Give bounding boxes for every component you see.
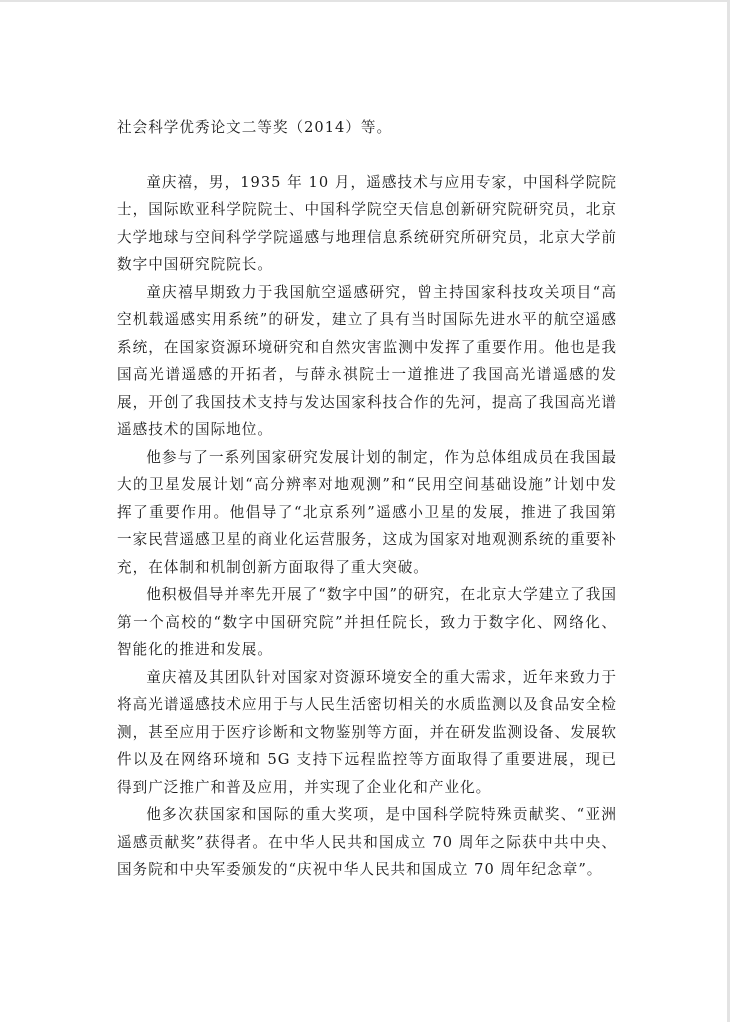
continuation-text: 社会科学优秀论文二等奖（2014）等。 — [117, 114, 617, 142]
page-body: 社会科学优秀论文二等奖（2014）等。 童庆禧，男，1935 年 10 月，遥感… — [117, 114, 617, 884]
paragraph-digital-china: 他积极倡导并率先开展了“数字中国”的研究，在北京大学建立了我国第一个高校的“数字… — [117, 581, 617, 664]
paragraph-awards: 他多次获国家和国际的重大奖项，是中国科学院特殊贡献奖、“亚洲遥感贡献奖”获得者。… — [117, 801, 617, 884]
paragraph-aerial-remote-sensing: 童庆禧早期致力于我国航空遥感研究，曾主持国家科技攻关项目“高空机载遥感实用系统”… — [117, 279, 617, 444]
paragraph-hyperspectral-applications: 童庆禧及其团队针对国家对资源环境安全的重大需求，近年来致力于将高光谱遥感技术应用… — [117, 664, 617, 802]
document-page: 社会科学优秀论文二等奖（2014）等。 童庆禧，男，1935 年 10 月，遥感… — [0, 0, 730, 1022]
paragraph-bio-intro: 童庆禧，男，1935 年 10 月，遥感技术与应用专家，中国科学院院士，国际欧亚… — [117, 169, 617, 279]
paragraph-national-plans: 他参与了一系列国家研究发展计划的制定，作为总体组成员在我国最大的卫星发展计划“高… — [117, 444, 617, 582]
